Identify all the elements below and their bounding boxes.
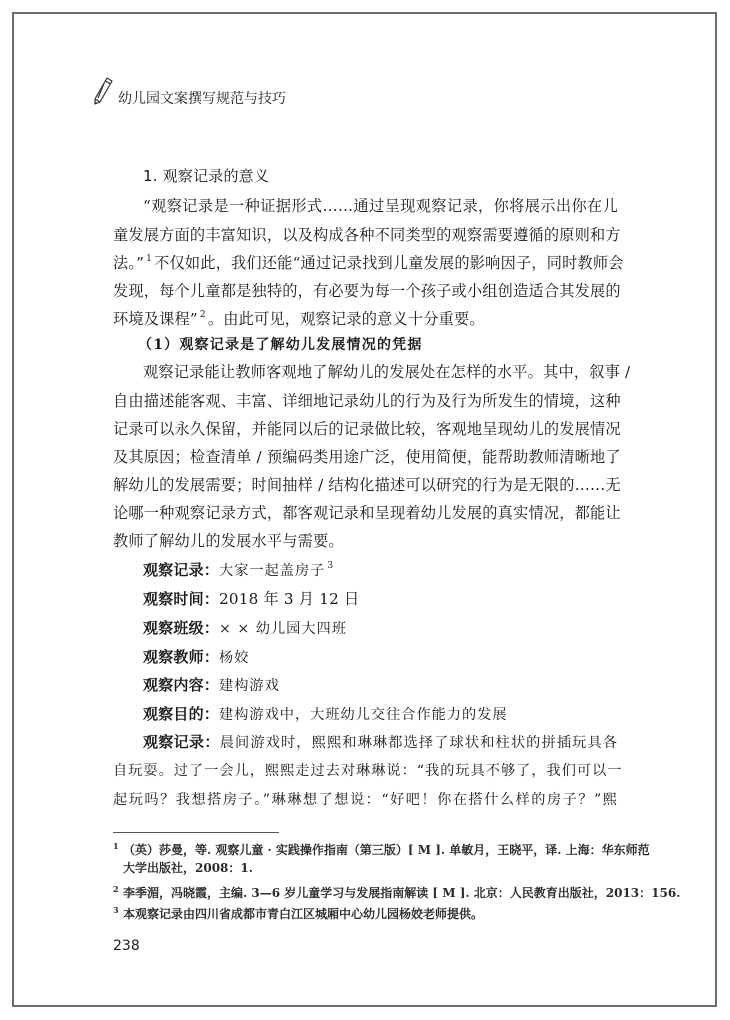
paragraph-line: 环境及课程”2。由此可见，观察记录的意义十分重要。 — [113, 309, 618, 329]
pencil-icon — [92, 76, 114, 106]
narrative-text: 晨间游戏时，熙熙和琳琳都选择了球状和柱状的拼插玩具各 — [220, 735, 618, 751]
paragraph-line: 童发展方面的丰富知识，以及构成各种不同类型的观察需要遵循的原则和方 — [113, 225, 618, 245]
field-label: 观察教师： — [143, 648, 219, 666]
footnote-text: 李季湄，冯晓霞，主编. 3—6 岁儿童学习与发展指南解读 [ M ]. 北京：人… — [123, 886, 680, 900]
running-header-title: 幼儿园文案撰写规范与技巧 — [118, 88, 286, 108]
paragraph-line: 解幼儿的发展需要；时间抽样 / 结构化描述可以研究的行为是无限的……无 — [113, 475, 618, 495]
footnote-ref-2[interactable]: 2 — [200, 310, 206, 320]
record-narrative-line: 自玩耍。过了一会儿，熙熙走过去对琳琳说：“我的玩具不够了，我们可以一 — [113, 761, 618, 781]
record-field-class: 观察班级：× × 幼儿园大四班 — [143, 618, 618, 639]
footnote-3: 3本观察记录由四川省成都市青白江区城厢中心幼儿园杨姣老师提供。 — [113, 902, 618, 922]
paragraph-line: 记录可以永久保留，并能同以后的记录做比较，客观地呈现幼儿的发展情况 — [113, 419, 618, 439]
running-header: 幼儿园文案撰写规范与技巧 — [92, 82, 286, 108]
field-label: 观察班级： — [143, 619, 219, 637]
paragraph-text: 法。” — [113, 254, 144, 272]
section-heading: 1. 观察记录的意义 — [143, 166, 618, 186]
field-value: 2018 年 3 月 12 日 — [219, 590, 359, 608]
field-label: 观察记录： — [143, 733, 220, 751]
footnote-number: 3 — [113, 902, 123, 918]
footnote-divider — [113, 832, 279, 833]
paragraph-line: 观察记录能让教师客观地了解幼儿的发展处在怎样的水平。其中，叙事 / — [143, 362, 618, 382]
footnote-1-continuation: 大学出版社，2008：1. — [123, 860, 628, 876]
field-value: 建构游戏 — [219, 678, 280, 694]
paragraph-line: 法。”1不仅如此，我们还能“通过记录找到儿童发展的影响因子，同时教师会 — [113, 253, 618, 273]
paragraph-text: 。由此可见，观察记录的意义十分重要。 — [208, 310, 485, 328]
field-value: × × 幼儿园大四班 — [219, 621, 347, 637]
record-field-title: 观察记录：大家一起盖房子3 — [143, 560, 618, 581]
field-value: 建构游戏中，大班幼儿交往合作能力的发展 — [219, 707, 508, 723]
footnote-number: 2 — [113, 881, 123, 897]
paragraph-line: “观察记录是一种证据形式……通过呈现观察记录，你将展示出你在儿 — [143, 196, 618, 216]
field-value: 杨姣 — [219, 650, 249, 666]
field-label: 观察目的： — [143, 705, 219, 723]
field-label: 观察内容： — [143, 676, 219, 694]
paragraph-text: 不仅如此，我们还能“通过记录找到儿童发展的影响因子，同时教师会 — [154, 254, 624, 272]
footnote-text: 本观察记录由四川省成都市青白江区城厢中心幼儿园杨姣老师提供。 — [123, 907, 483, 921]
field-label: 观察时间： — [143, 590, 219, 608]
footnote-ref-3[interactable]: 3 — [327, 561, 333, 571]
paragraph-line: 自由描述能客观、丰富、详细地记录幼儿的行为及行为所发生的情境，这种 — [113, 391, 618, 411]
footnote-1: 1（英）莎曼，等. 观察儿童 · 实践操作指南（第三版）[ M ]. 单敏月，王… — [113, 838, 618, 858]
field-value: 大家一起盖房子 — [219, 563, 325, 579]
subheading: （1）观察记录是了解幼儿发展情况的凭据 — [138, 335, 613, 355]
footnote-number: 1 — [113, 838, 123, 854]
footnote-text: （英）莎曼，等. 观察儿童 · 实践操作指南（第三版）[ M ]. 单敏月，王晓… — [123, 843, 650, 857]
record-field-content: 观察内容：建构游戏 — [143, 675, 618, 696]
paragraph-line: 教师了解幼儿的发展水平与需要。 — [113, 531, 618, 551]
field-label: 观察记录： — [143, 561, 219, 579]
record-field-teacher: 观察教师：杨姣 — [143, 647, 618, 668]
record-narrative-line: 观察记录：晨间游戏时，熙熙和琳琳都选择了球状和柱状的拼插玩具各 — [143, 732, 618, 753]
paragraph-line: 发现，每个儿童都是独特的，有必要为每一个孩子或小组创造适合其发展的 — [113, 281, 618, 301]
footnote-ref-1[interactable]: 1 — [146, 254, 152, 264]
paragraph-line: 论哪一种观察记录方式，都客观记录和呈现着幼儿发展的真实情况，都能让 — [113, 503, 618, 523]
record-narrative-line: 起玩吗？我想搭房子。”琳琳想了想说：“好吧！你在搭什么样的房子？”熙 — [113, 790, 618, 810]
footnote-2: 2李季湄，冯晓霞，主编. 3—6 岁儿童学习与发展指南解读 [ M ]. 北京：… — [113, 881, 618, 901]
paragraph-line: 及其原因；检查清单 / 预编码类用途广泛，使用简便，能帮助教师清晰地了 — [113, 447, 618, 467]
paragraph-text: 环境及课程” — [113, 310, 198, 328]
record-field-time: 观察时间：2018 年 3 月 12 日 — [143, 589, 618, 609]
page-number: 238 — [113, 938, 140, 954]
record-field-purpose: 观察目的：建构游戏中，大班幼儿交往合作能力的发展 — [143, 704, 618, 725]
